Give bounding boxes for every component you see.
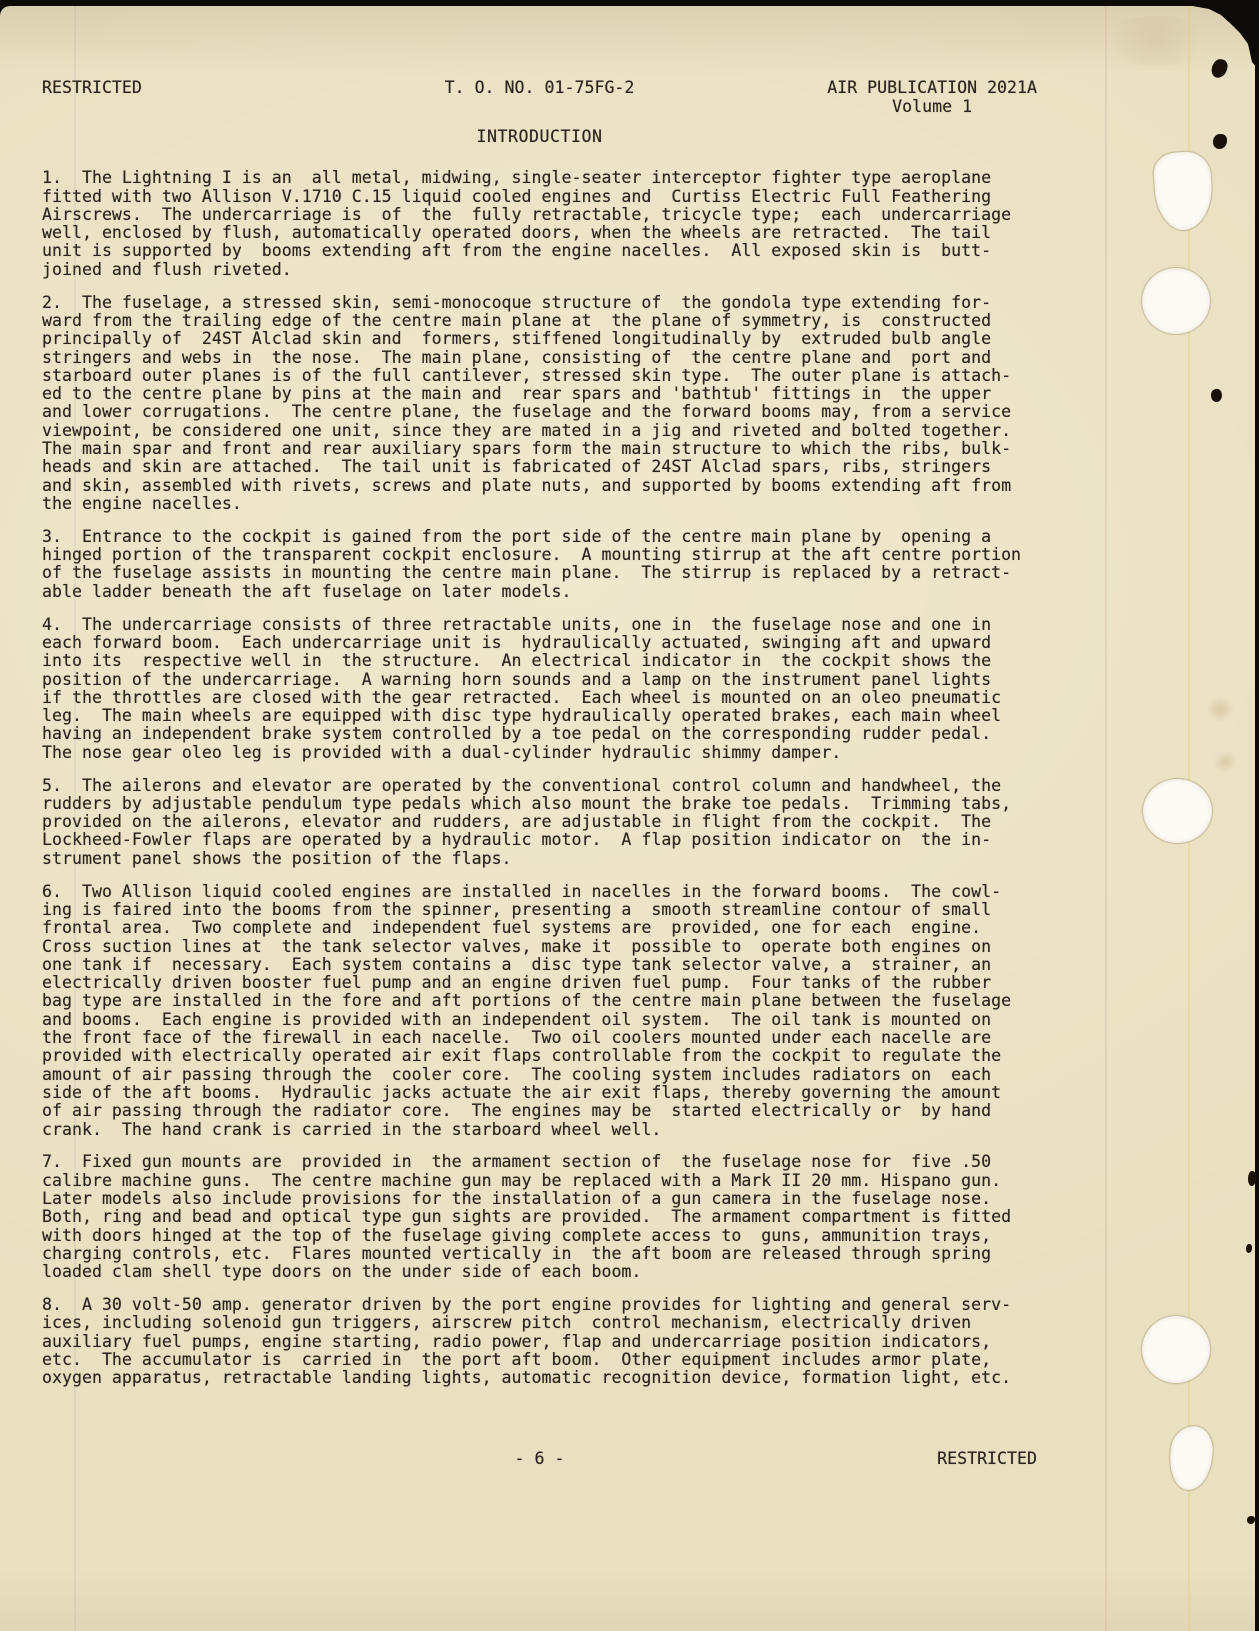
classification-header: RESTRICTED [42, 78, 445, 97]
ink-speck [1210, 388, 1223, 403]
ink-speck [1247, 1516, 1255, 1524]
paper-stain [1212, 751, 1238, 773]
scanned-page: RESTRICTED T. O. NO. 01-75FG-2 AIR PUBLI… [0, 0, 1259, 1631]
scan-streak [1105, 6, 1107, 1631]
paper-stain [1205, 696, 1235, 722]
paper-sheet: RESTRICTED T. O. NO. 01-75FG-2 AIR PUBLI… [0, 6, 1255, 1631]
volume-number: Volume 1 [827, 97, 1037, 116]
page-content: RESTRICTED T. O. NO. 01-75FG-2 AIR PUBLI… [42, 6, 1037, 1468]
document-footer: - 6 - RESTRICTED [42, 1450, 1037, 1468]
paragraph-1: 1. The Lightning I is an all metal, midw… [42, 169, 1037, 279]
punch-hole-round-2 [1143, 779, 1212, 843]
body-text: 1. The Lightning I is an all metal, midw… [42, 169, 1037, 1387]
document-header: RESTRICTED T. O. NO. 01-75FG-2 AIR PUBLI… [42, 78, 1037, 116]
paragraph-8: 8. A 30 volt-50 amp. generator driven by… [42, 1296, 1037, 1387]
page-title: INTRODUCTION [42, 128, 1037, 146]
air-publication-number: AIR PUBLICATION 2021A [827, 78, 1037, 97]
paragraph-5: 5. The ailerons and elevator are operate… [42, 777, 1037, 868]
technical-order-number: T. O. NO. 01-75FG-2 [445, 78, 635, 97]
punch-hole-torn-bottom [1167, 1424, 1215, 1492]
punch-hole-round-3 [1142, 1316, 1210, 1383]
ink-speck [1213, 134, 1227, 149]
punch-hole-torn-top [1152, 150, 1214, 232]
ink-speck [1248, 1171, 1256, 1186]
punch-hole-round-1 [1142, 268, 1210, 334]
page-number: - 6 - [515, 1450, 565, 1468]
paragraph-4: 4. The undercarriage consists of three r… [42, 616, 1037, 762]
paragraph-3: 3. Entrance to the cockpit is gained fro… [42, 528, 1037, 601]
ink-speck [1246, 1244, 1252, 1253]
paragraph-2: 2. The fuselage, a stressed skin, semi-m… [42, 294, 1037, 514]
scan-corner-tear [1139, 0, 1259, 70]
publication-block: AIR PUBLICATION 2021A Volume 1 [634, 78, 1037, 116]
paragraph-7: 7. Fixed gun mounts are provided in the … [42, 1153, 1037, 1281]
paragraph-6: 6. Two Allison liquid cooled engines are… [42, 883, 1037, 1139]
classification-footer: RESTRICTED [564, 1450, 1037, 1468]
